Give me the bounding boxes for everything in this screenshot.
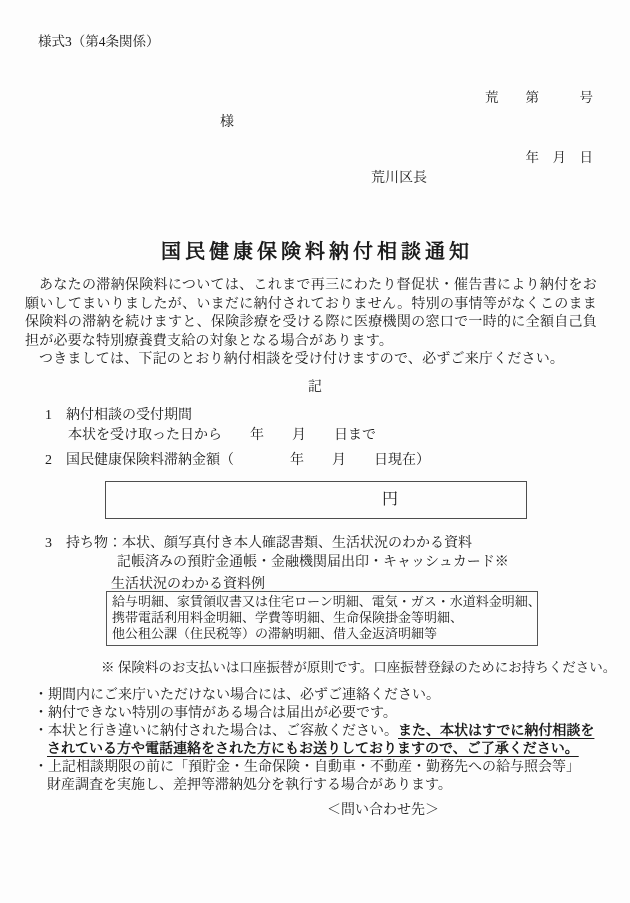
addressee-honorific: 様: [220, 114, 234, 132]
notice-item-3-line-2: されている方や電話連絡をされた方にもお送りしておりますので、ご了承ください。: [47, 741, 579, 759]
notice-item-4-line-2: 財産調査を実施し、差押等滞納処分を執行する場合があります。: [47, 777, 452, 795]
sender-name: 荒川区長: [371, 170, 427, 188]
issue-date-line: 年 月 日: [485, 148, 593, 168]
reference-number-block: 荒 第 号 年 月 日: [485, 48, 593, 208]
document-page: 様式3（第4条関係） 荒 第 号 年 月 日 様 荒川区長 国民健康保険料納付相…: [0, 0, 630, 903]
arrears-amount-box: 円: [105, 481, 527, 519]
example-line-2: 携帯電話利用料金明細、学費等明細、生命保険掛金等明細、: [112, 610, 532, 626]
section-1-heading: 1 納付相談の受付期間: [45, 407, 192, 425]
example-line-3: 他公租公課（住民税等）の滞納明細、借入金返済明細等: [112, 626, 532, 642]
intro-paragraph-1: あなたの滞納保険料については、これまで再三にわたり督促状・催告書により納付をお願…: [25, 277, 597, 351]
yen-unit-label: 円: [382, 482, 398, 518]
notice-item-3-normal-text: ・本状と行き違いに納付された場合は、ご容赦ください。: [34, 724, 398, 739]
section-2-heading: 2 国民健康保険料滞納金額（ 年 月 日現在）: [45, 452, 430, 470]
document-title: 国民健康保険料納付相談通知: [0, 235, 630, 264]
notice-item-3-line-1: ・本状と行き違いに納付された場合は、ご容赦ください。また、本状はすでに納付相談を: [34, 723, 594, 741]
example-line-1: 給与明細、家賃領収書又は住宅ローン明細、電気・ガス・水道料金明細、: [112, 594, 532, 610]
section-3-heading: 3 持ち物：本状、顔写真付き本人確認書類、生活状況のわかる資料: [45, 535, 472, 553]
living-status-examples-box: 給与明細、家賃領収書又は住宅ローン明細、電気・ガス・水道料金明細、 携帯電話利用…: [106, 591, 538, 646]
intro-paragraph-2: つきましては、下記のとおり納付相談を受け付けますので、必ずご来庁ください。: [25, 351, 597, 370]
notice-item-4-line-1: ・上記相談期限の前に「預貯金・生命保険・自動車・不動産・勤務先への給与照会等」: [34, 759, 580, 777]
record-marker: 記: [0, 376, 630, 396]
section-1-period-detail: 本状を受け取った日から 年 月 日まで: [68, 427, 376, 445]
intro-paragraphs: あなたの滞納保険料については、これまで再三にわたり督促状・催告書により納付をお願…: [25, 277, 597, 370]
direct-debit-note: ※ 保険料のお支払いは口座振替が原則です。口座振替登録のためにお持ちください。: [101, 656, 616, 676]
contact-section-header: ＜問い合わせ先＞: [327, 799, 439, 819]
form-number-label: 様式3（第4条関係）: [38, 30, 160, 50]
notice-item-3-emphasis-start: また、本状はすでに納付相談を: [398, 724, 594, 739]
notice-item-1: ・期間内にご来庁いただけない場合には、必ずご連絡ください。: [34, 687, 440, 705]
reference-number-line: 荒 第 号: [485, 88, 593, 108]
section-3-bank-items: 記帳済みの預貯金通帳・金融機関届出印・キャッシュカード※: [117, 554, 509, 572]
notice-item-2: ・納付できない特別の事情がある場合は届出が必要です。: [34, 705, 397, 723]
